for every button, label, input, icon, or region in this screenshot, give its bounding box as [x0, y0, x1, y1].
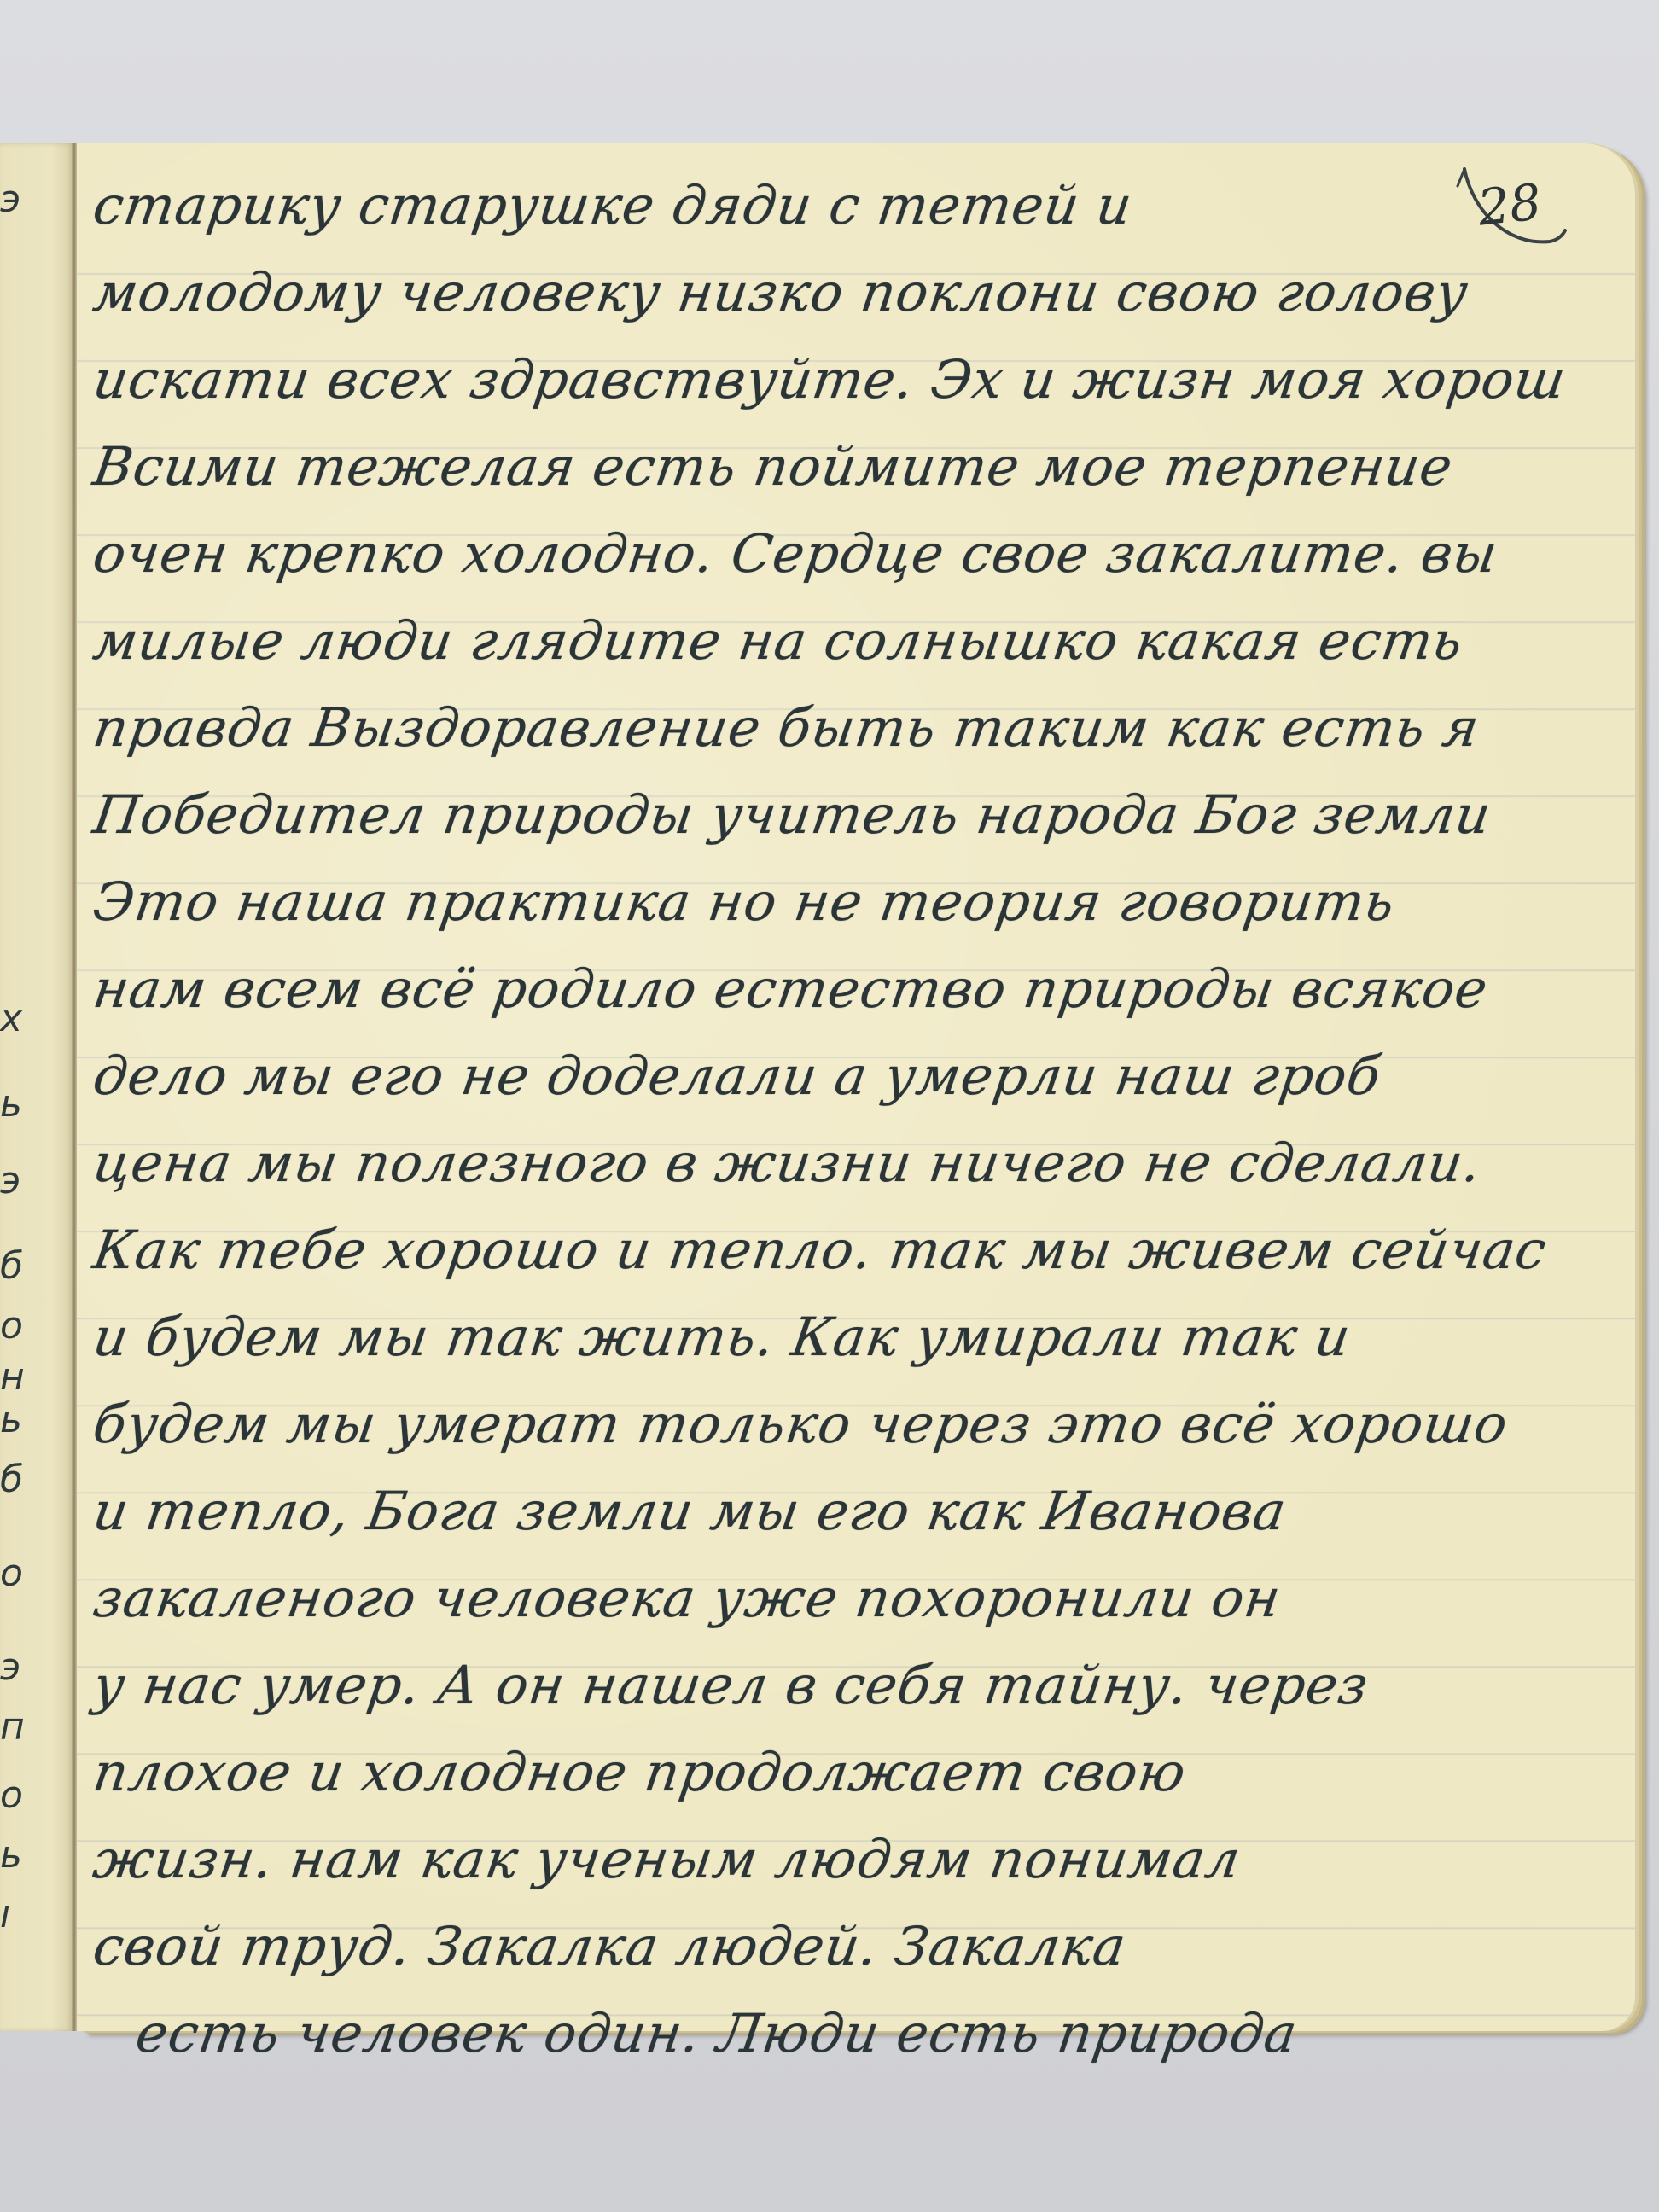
text-line: милые люди глядите на солнышко какая ест… — [88, 597, 1568, 684]
text-line: будем мы умерат только через это всё хор… — [88, 1381, 1568, 1468]
facing-page-fragment: ь — [0, 1833, 68, 1877]
text-line: искати всех здравствуйте. Эх и жизн моя … — [88, 336, 1568, 423]
text-line: Победител природы учитель народа Бог зем… — [88, 771, 1568, 859]
facing-page-fragment: о — [0, 1304, 68, 1348]
text-line: у нас умер. А он нашел в себя тайну. чер… — [88, 1642, 1568, 1729]
facing-page-fragment: ı — [0, 1893, 68, 1936]
facing-page-fragment: о — [0, 1773, 68, 1817]
text-line: цена мы полезного в жизни ничего не сдел… — [88, 1120, 1568, 1207]
text-line: молодому человеку низко поклони свою гол… — [88, 249, 1568, 336]
facing-page-fragment: х — [0, 997, 68, 1040]
text-line: правда Выздоравление быть таким как есть… — [88, 684, 1568, 771]
text-line: свой труд. Закалка людей. Закалка — [88, 1903, 1568, 1990]
facing-page-fragment: н — [0, 1355, 68, 1399]
text-line: нам всем всё родило естество природы вся… — [88, 946, 1568, 1033]
text-line: и будем мы так жить. Как умирали так и — [88, 1294, 1568, 1381]
text-line: Всими тежелая есть поймите мое терпение — [88, 423, 1568, 510]
handwritten-text: старику старушке дяди с тетей и молодому… — [94, 162, 1562, 2077]
notebook-page: 28 старику старушке дяди с тетей и молод… — [77, 143, 1635, 2031]
text-line: дело мы его не доделали а умерли наш гро… — [88, 1033, 1568, 1120]
text-line: есть человек один. Люди есть природа — [88, 1990, 1568, 2077]
facing-page-fragment: э — [0, 1159, 68, 1202]
text-line: очен крепко холодно. Сердце свое закалит… — [88, 510, 1568, 597]
facing-page-fragment: э — [0, 178, 68, 221]
facing-page-edge: э х ь э б о н ь б о э п о ь ı — [0, 143, 73, 2031]
facing-page-fragment: б — [0, 1458, 68, 1501]
facing-page-fragment: б — [0, 1244, 68, 1288]
facing-page-fragment: ь — [0, 1082, 68, 1126]
text-line: и тепло, Бога земли мы его как Иванова — [88, 1468, 1568, 1555]
text-line: Как тебе хорошо и тепло. так мы живем се… — [88, 1207, 1568, 1294]
text-line: жизн. нам как ученым людям понимал — [88, 1816, 1568, 1903]
facing-page-fragment: о — [0, 1551, 68, 1595]
text-line: плохое и холодное продолжает свою — [88, 1729, 1568, 1816]
text-line: закаленого человека уже похоронили он — [88, 1555, 1568, 1642]
text-line: Это наша практика но не теория говорить — [88, 859, 1568, 946]
facing-page-fragment: э — [0, 1645, 68, 1689]
facing-page-fragment: п — [0, 1705, 68, 1749]
facing-page-fragment: ь — [0, 1398, 68, 1441]
text-line: старику старушке дяди с тетей и — [88, 162, 1568, 249]
